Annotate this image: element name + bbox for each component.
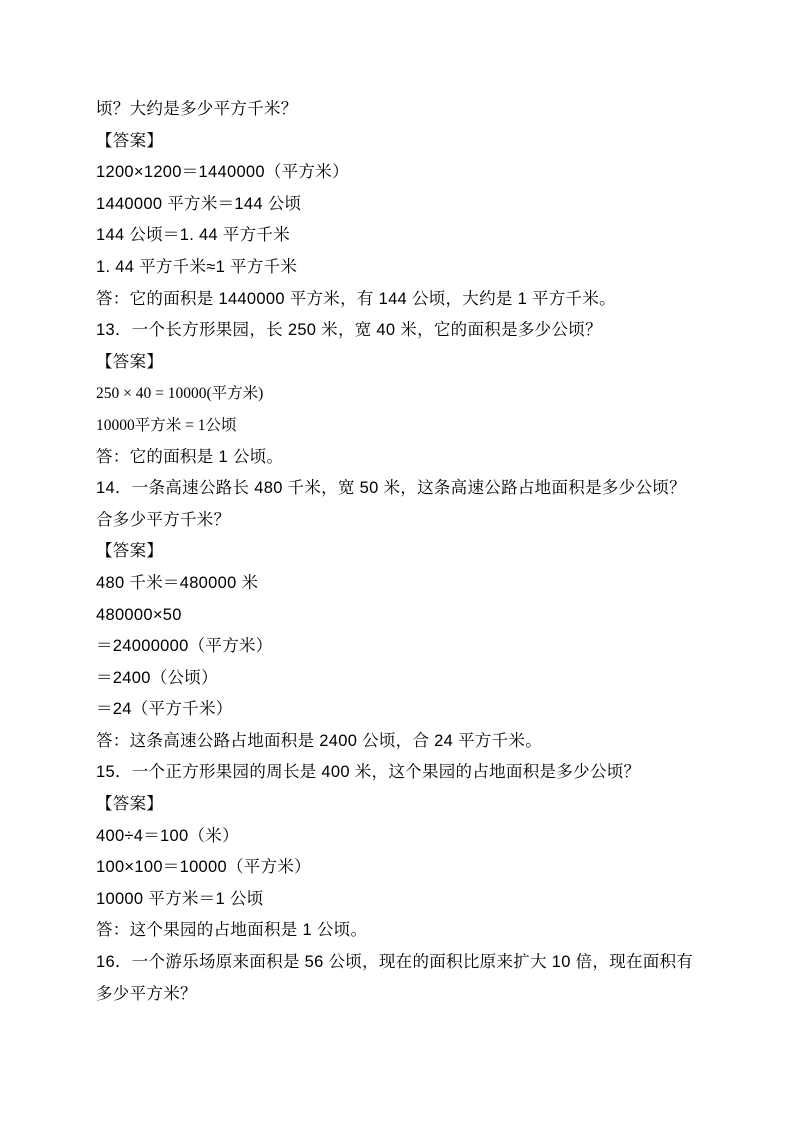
solution-step: ＝24（平方千米） — [96, 694, 700, 726]
solution-step: 1. 44 平方千米≈1 平方千米 — [96, 252, 700, 284]
solution-formula: 250 × 40 = 10000(平方米) — [96, 378, 700, 410]
answer-label-15: 【答案】 — [96, 789, 700, 821]
solution-step: 480 千米＝480000 米 — [96, 568, 700, 600]
solution-step: 10000 平方米＝1 公顷 — [96, 884, 700, 916]
answer-sentence-12: 答：它的面积是 1440000 平方米，有 144 公顷，大约是 1 平方千米。 — [96, 284, 700, 316]
solution-step: 100×100＝10000（平方米） — [96, 852, 700, 884]
question-12-continuation: 顷？大约是多少平方千米？ — [96, 94, 700, 126]
solution-step: 1200×1200＝1440000（平方米） — [96, 157, 700, 189]
solution-step: 400÷4＝100（米） — [96, 821, 700, 853]
answer-label-12: 【答案】 — [96, 126, 700, 158]
question-16-line2: 多少平方米？ — [96, 979, 700, 1011]
document-page: 顷？大约是多少平方千米？ 【答案】 1200×1200＝1440000（平方米）… — [0, 0, 793, 1122]
answer-sentence-14: 答：这条高速公路占地面积是 2400 公顷，合 24 平方千米。 — [96, 726, 700, 758]
question-15: 15．一个正方形果园的周长是 400 米，这个果园的占地面积是多少公顷？ — [96, 757, 700, 789]
answer-label-13: 【答案】 — [96, 347, 700, 379]
solution-step: 144 公顷＝1. 44 平方千米 — [96, 220, 700, 252]
question-14-line1: 14．一条高速公路长 480 千米，宽 50 米，这条高速公路占地面积是多少公顷… — [96, 473, 700, 505]
solution-step: 480000×50 — [96, 600, 700, 632]
answer-label-14: 【答案】 — [96, 536, 700, 568]
answer-sentence-15: 答：这个果园的占地面积是 1 公顷。 — [96, 915, 700, 947]
solution-step: ＝24000000（平方米） — [96, 631, 700, 663]
document-content: 顷？大约是多少平方千米？ 【答案】 1200×1200＝1440000（平方米）… — [96, 94, 700, 1010]
question-16-line1: 16．一个游乐场原来面积是 56 公顷，现在的面积比原来扩大 10 倍，现在面积… — [96, 947, 700, 979]
solution-formula: 10000平方米 = 1公顷 — [96, 410, 700, 442]
question-14-line2: 合多少平方千米？ — [96, 505, 700, 537]
solution-step: 1440000 平方米＝144 公顷 — [96, 189, 700, 221]
answer-sentence-13: 答：它的面积是 1 公顷。 — [96, 442, 700, 474]
question-13: 13．一个长方形果园，长 250 米，宽 40 米，它的面积是多少公顷？ — [96, 315, 700, 347]
solution-step: ＝2400（公顷） — [96, 663, 700, 695]
